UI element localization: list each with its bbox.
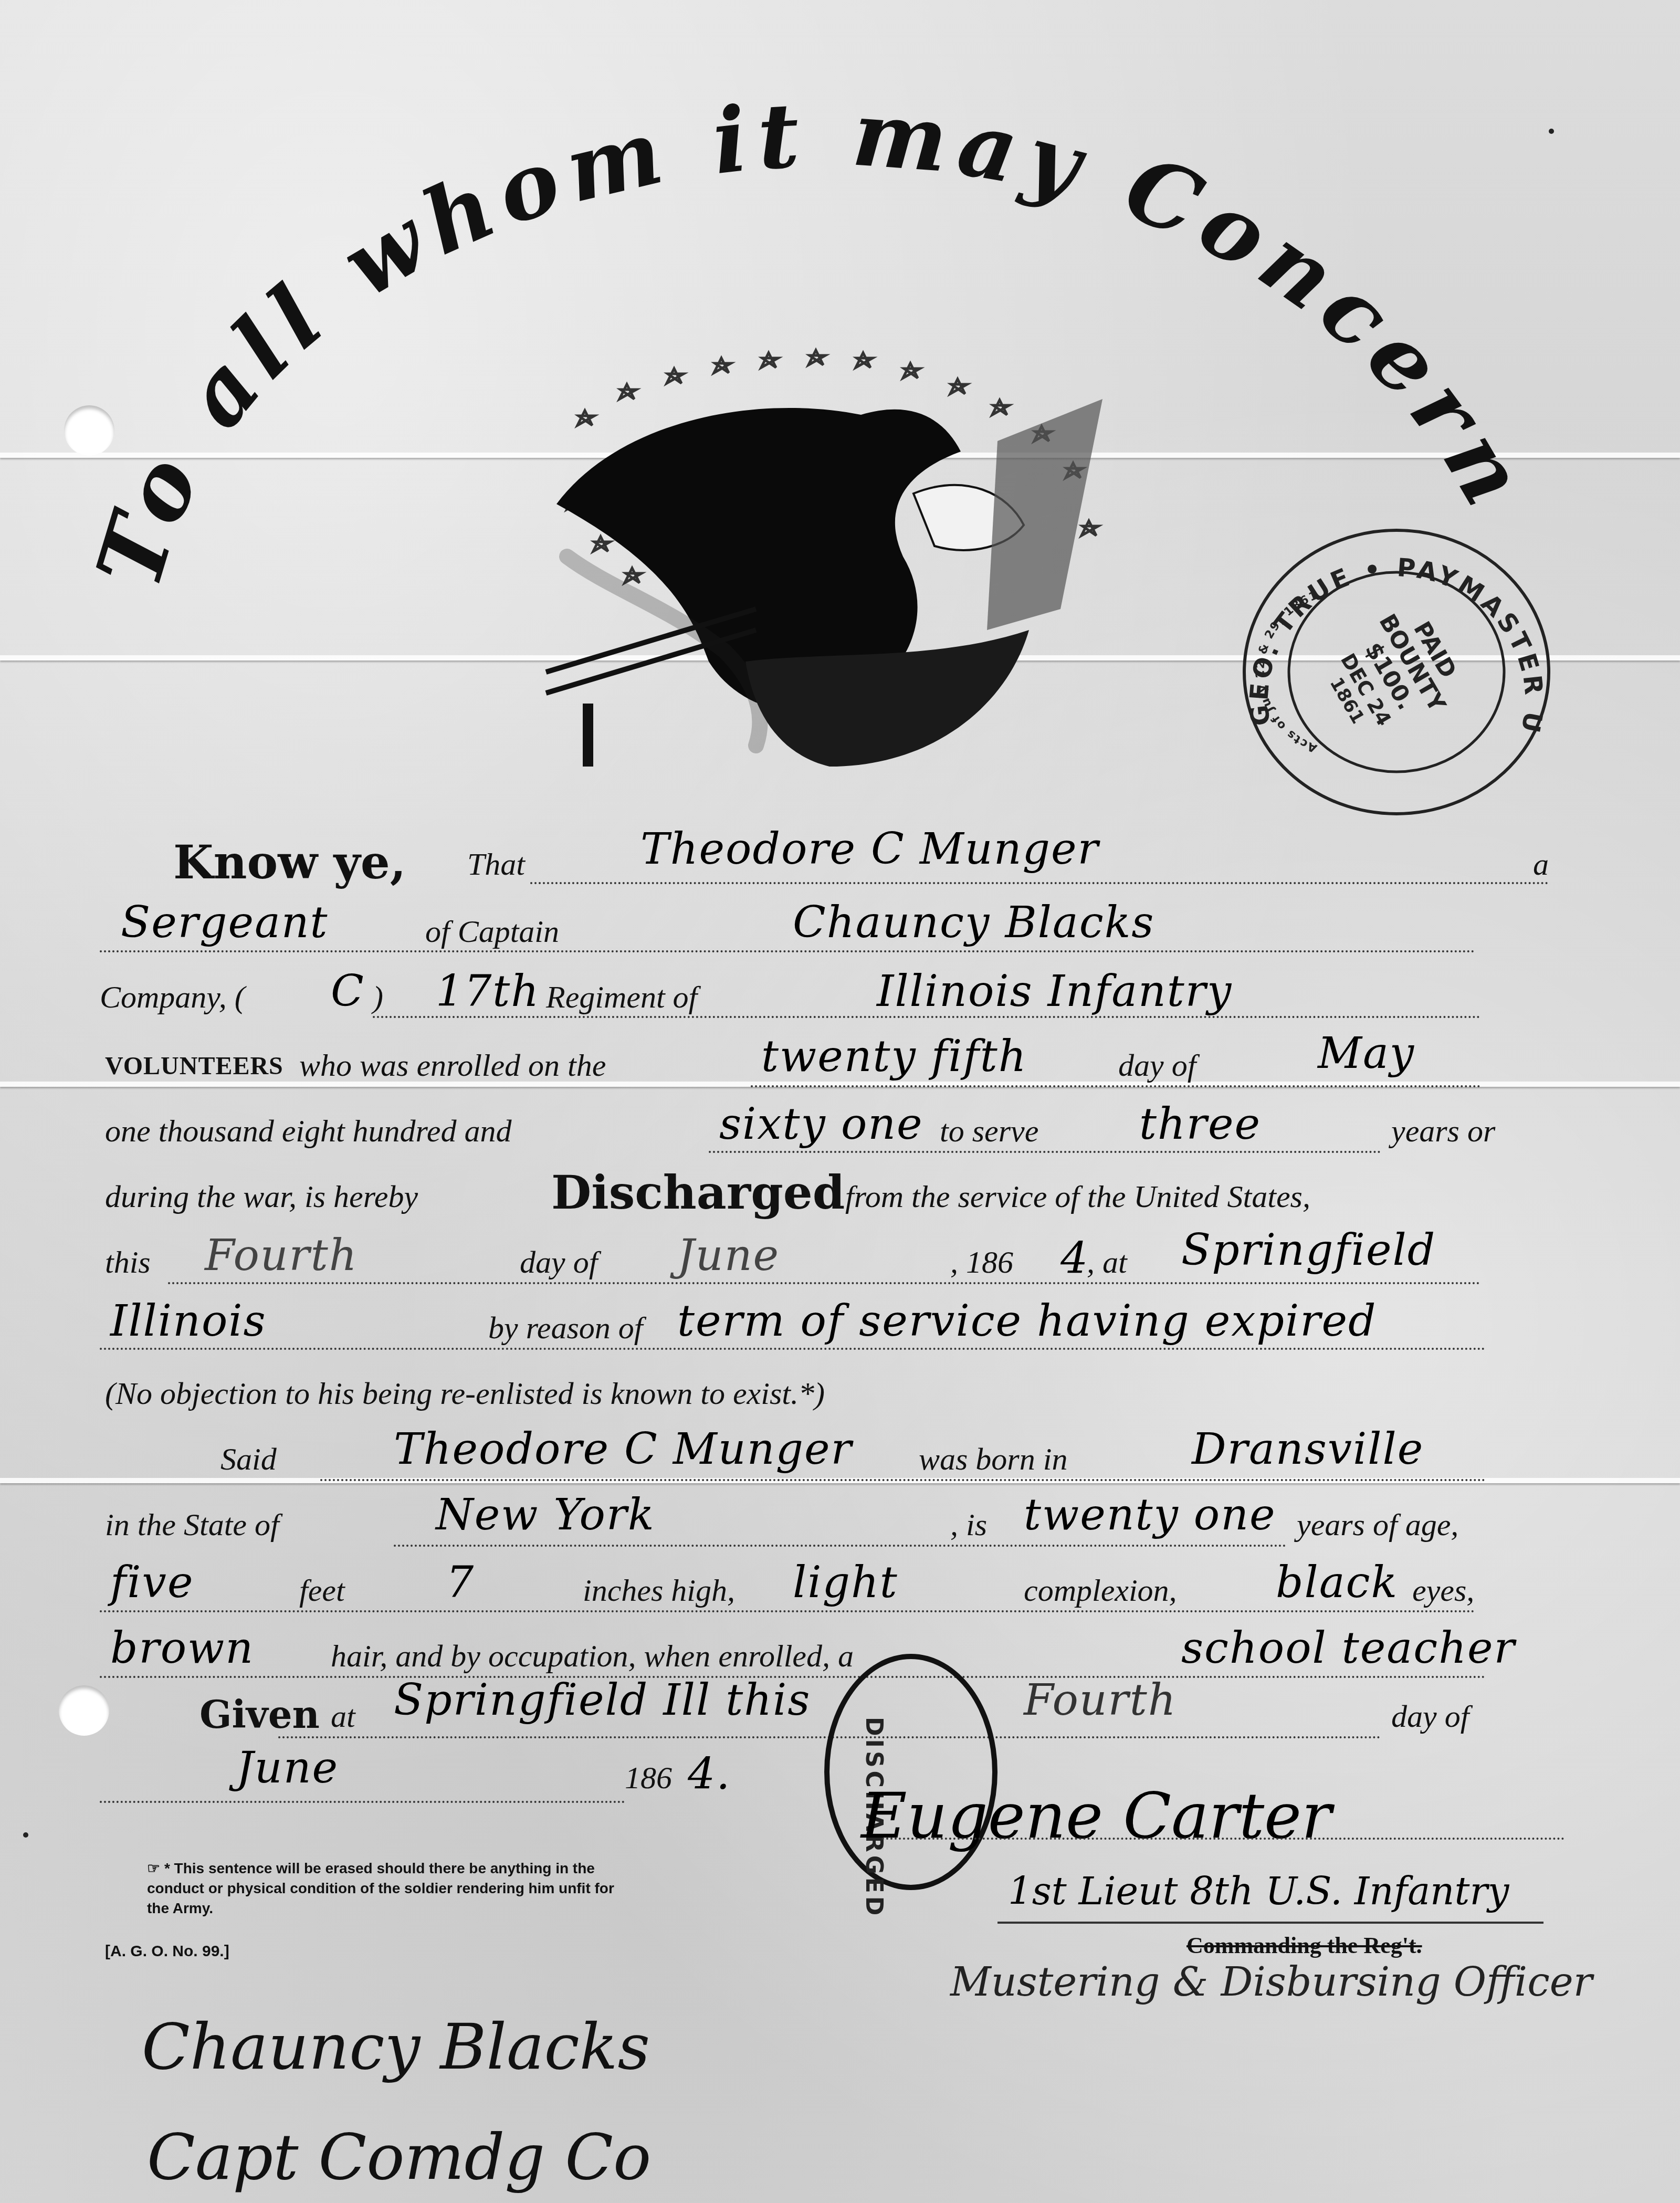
company-label: Company, ( (100, 979, 245, 1015)
regiment-of-label: Regiment of (546, 979, 697, 1015)
day-of-label: day of (1118, 1047, 1196, 1084)
rank-field: Sergeant (121, 898, 329, 948)
discharge-day-field: Fourth (205, 1231, 358, 1281)
occupation-label: hair, and by occupation, when enrolled, … (331, 1638, 854, 1674)
given-month-field: June (236, 1743, 339, 1793)
complexion-field: light (793, 1558, 898, 1608)
discharge-place-field: Springfield (1181, 1225, 1436, 1275)
footnote: ☞ * This sentence will be erased should … (147, 1859, 630, 1918)
paren-close: ) (373, 979, 383, 1015)
height-inches-field: 7 (446, 1558, 475, 1608)
discharge-reason-field: term of service having expired (677, 1296, 1377, 1346)
at-label: at (331, 1698, 355, 1735)
body-line-2: Sergeant of Captain Chauncy Blacks (100, 903, 1580, 961)
rule (882, 1838, 1564, 1840)
rule (100, 1610, 1475, 1612)
that-label: That (467, 846, 525, 883)
day-of-label: day of (1391, 1698, 1469, 1735)
of-captain-label: of Captain (425, 914, 559, 950)
year-prefix-label: one thousand eight hundred and (105, 1113, 511, 1149)
commanding-label-struck: Commanding the Reg't. (1186, 1932, 1422, 1959)
body-line-4: VOLUNTEERS who was enrolled on the twent… (100, 1037, 1580, 1095)
discharge-state-field: Illinois (110, 1296, 267, 1346)
officer-rank-text: 1st Lieut 8th U.S. Infantry (1008, 1869, 1509, 1913)
enroll-year-field: sixty one (719, 1099, 923, 1149)
body-line-8: Illinois by reason of term of service ha… (100, 1299, 1580, 1357)
rule (530, 882, 1549, 884)
born-in-label: was born in (919, 1441, 1067, 1477)
by-reason-of-label: by reason of (488, 1310, 643, 1346)
discharge-year-digit: 4 (1060, 1234, 1089, 1284)
body-line-13: brown hair, and by occupation, when enro… (100, 1628, 1580, 1685)
this-label: this (105, 1244, 151, 1281)
re-enlist-clause: (No objection to his being re-enlisted i… (105, 1376, 825, 1412)
regiment-number-field: 17th (436, 967, 540, 1016)
body-line-9: (No objection to his being re-enlisted i… (100, 1365, 1580, 1423)
from-service-label: from the service of the United States, (845, 1179, 1310, 1215)
body-line-5: one thousand eight hundred and sixty one… (100, 1103, 1580, 1160)
discharge-month-field: June (677, 1231, 780, 1281)
birth-town-field: Dransville (1192, 1424, 1424, 1474)
day-of-label: day of (520, 1244, 597, 1281)
ink-speck (23, 1832, 28, 1838)
volunteers-label: VOLUNTEERS (105, 1052, 283, 1080)
rule (320, 1479, 1486, 1481)
enroll-day-field: twenty fifth (761, 1032, 1027, 1082)
rule (100, 1348, 1486, 1350)
inches-high-label: inches high, (583, 1572, 735, 1609)
footnote-text: This sentence will be erased should ther… (147, 1860, 614, 1916)
body-line-7: this Fourth day of June , 186 4 , at Spr… (100, 1234, 1580, 1292)
feet-label: feet (299, 1572, 345, 1609)
regiment-state-field: Illinois Infantry (877, 967, 1232, 1016)
enrolled-label: who was enrolled on the (299, 1047, 606, 1084)
rule (100, 950, 1475, 952)
company-letter-field: C (331, 967, 365, 1016)
body-line-11: in the State of New York , is twenty one… (100, 1496, 1580, 1554)
officer-signature: Eugene Carter (861, 1780, 1331, 1853)
mustering-officer-title: Mustering & Disbursing Officer (950, 1958, 1592, 2005)
is-label: , is (950, 1507, 987, 1543)
discharged-heading: Discharged (551, 1165, 845, 1220)
rule (168, 1282, 1480, 1284)
know-ye-text: Know ye, (173, 835, 406, 889)
age-field: twenty one (1024, 1490, 1276, 1540)
rule (751, 1085, 1480, 1087)
at-label: , at (1087, 1244, 1127, 1281)
eagle-emblem-icon (535, 336, 1123, 788)
term-years-field: three (1139, 1099, 1261, 1149)
captain-name-field: Chauncy Blacks (793, 898, 1154, 948)
soldier-name-repeat-field: Theodore C Munger (394, 1424, 853, 1474)
body-line-6: during the war, is hereby Discharged fro… (100, 1168, 1580, 1226)
rule (394, 1545, 1286, 1547)
given-year-prefix: 186 (625, 1760, 672, 1796)
given-place-field: Springfield Ill this (394, 1675, 811, 1725)
state-of-label: in the State of (105, 1507, 279, 1543)
rule (709, 1151, 1381, 1153)
given-year-digit: 4. (688, 1749, 731, 1799)
oval-stamp: DISCHARGED (824, 1654, 997, 1890)
enroll-month-field: May (1318, 1029, 1415, 1078)
to-serve-label: to serve (940, 1113, 1038, 1149)
rule (100, 1801, 625, 1803)
eyes-field: black (1276, 1558, 1398, 1608)
body-line-12: five feet 7 inches high, light complexio… (100, 1562, 1580, 1620)
given-day-field: Fourth (1024, 1675, 1177, 1725)
rule (373, 1016, 1480, 1018)
pointing-hand-icon: ☞ * (147, 1860, 170, 1876)
body-line-3: Company, ( C ) 17th Regiment of Illinois… (100, 969, 1580, 1026)
soldier-name-field: Theodore C Munger (640, 824, 1099, 874)
body-line-1: Know ye, That Theodore C Munger a (100, 835, 1580, 893)
rule (997, 1922, 1543, 1924)
said-label: Said (220, 1441, 277, 1477)
eyes-label: eyes, (1412, 1572, 1474, 1609)
occupation-field: school teacher (1181, 1623, 1516, 1673)
year-prefix: , 186 (950, 1244, 1013, 1281)
body-line-10: Said Theodore C Munger was born in Drans… (100, 1431, 1580, 1488)
height-feet-field: five (110, 1558, 194, 1608)
captain-title: Capt Comdg Co (147, 2121, 651, 2194)
given-label: Given (199, 1692, 320, 1737)
captain-signature: Chauncy Blacks (142, 2011, 650, 2084)
complexion-label: complexion, (1024, 1572, 1177, 1609)
paid-bounty-stamp: GEO. TRUE • PAYMASTER U.S.A. Acts of Jul… (1239, 525, 1554, 819)
hair-field: brown (110, 1623, 254, 1673)
years-of-age-label: years of age, (1297, 1507, 1458, 1543)
years-or-label: years or (1391, 1113, 1495, 1149)
article-a: a (1533, 846, 1549, 883)
birth-state-field: New York (436, 1490, 655, 1540)
during-war-label: during the war, is hereby (105, 1179, 418, 1215)
form-number: [A. G. O. No. 99.] (105, 1943, 229, 1960)
